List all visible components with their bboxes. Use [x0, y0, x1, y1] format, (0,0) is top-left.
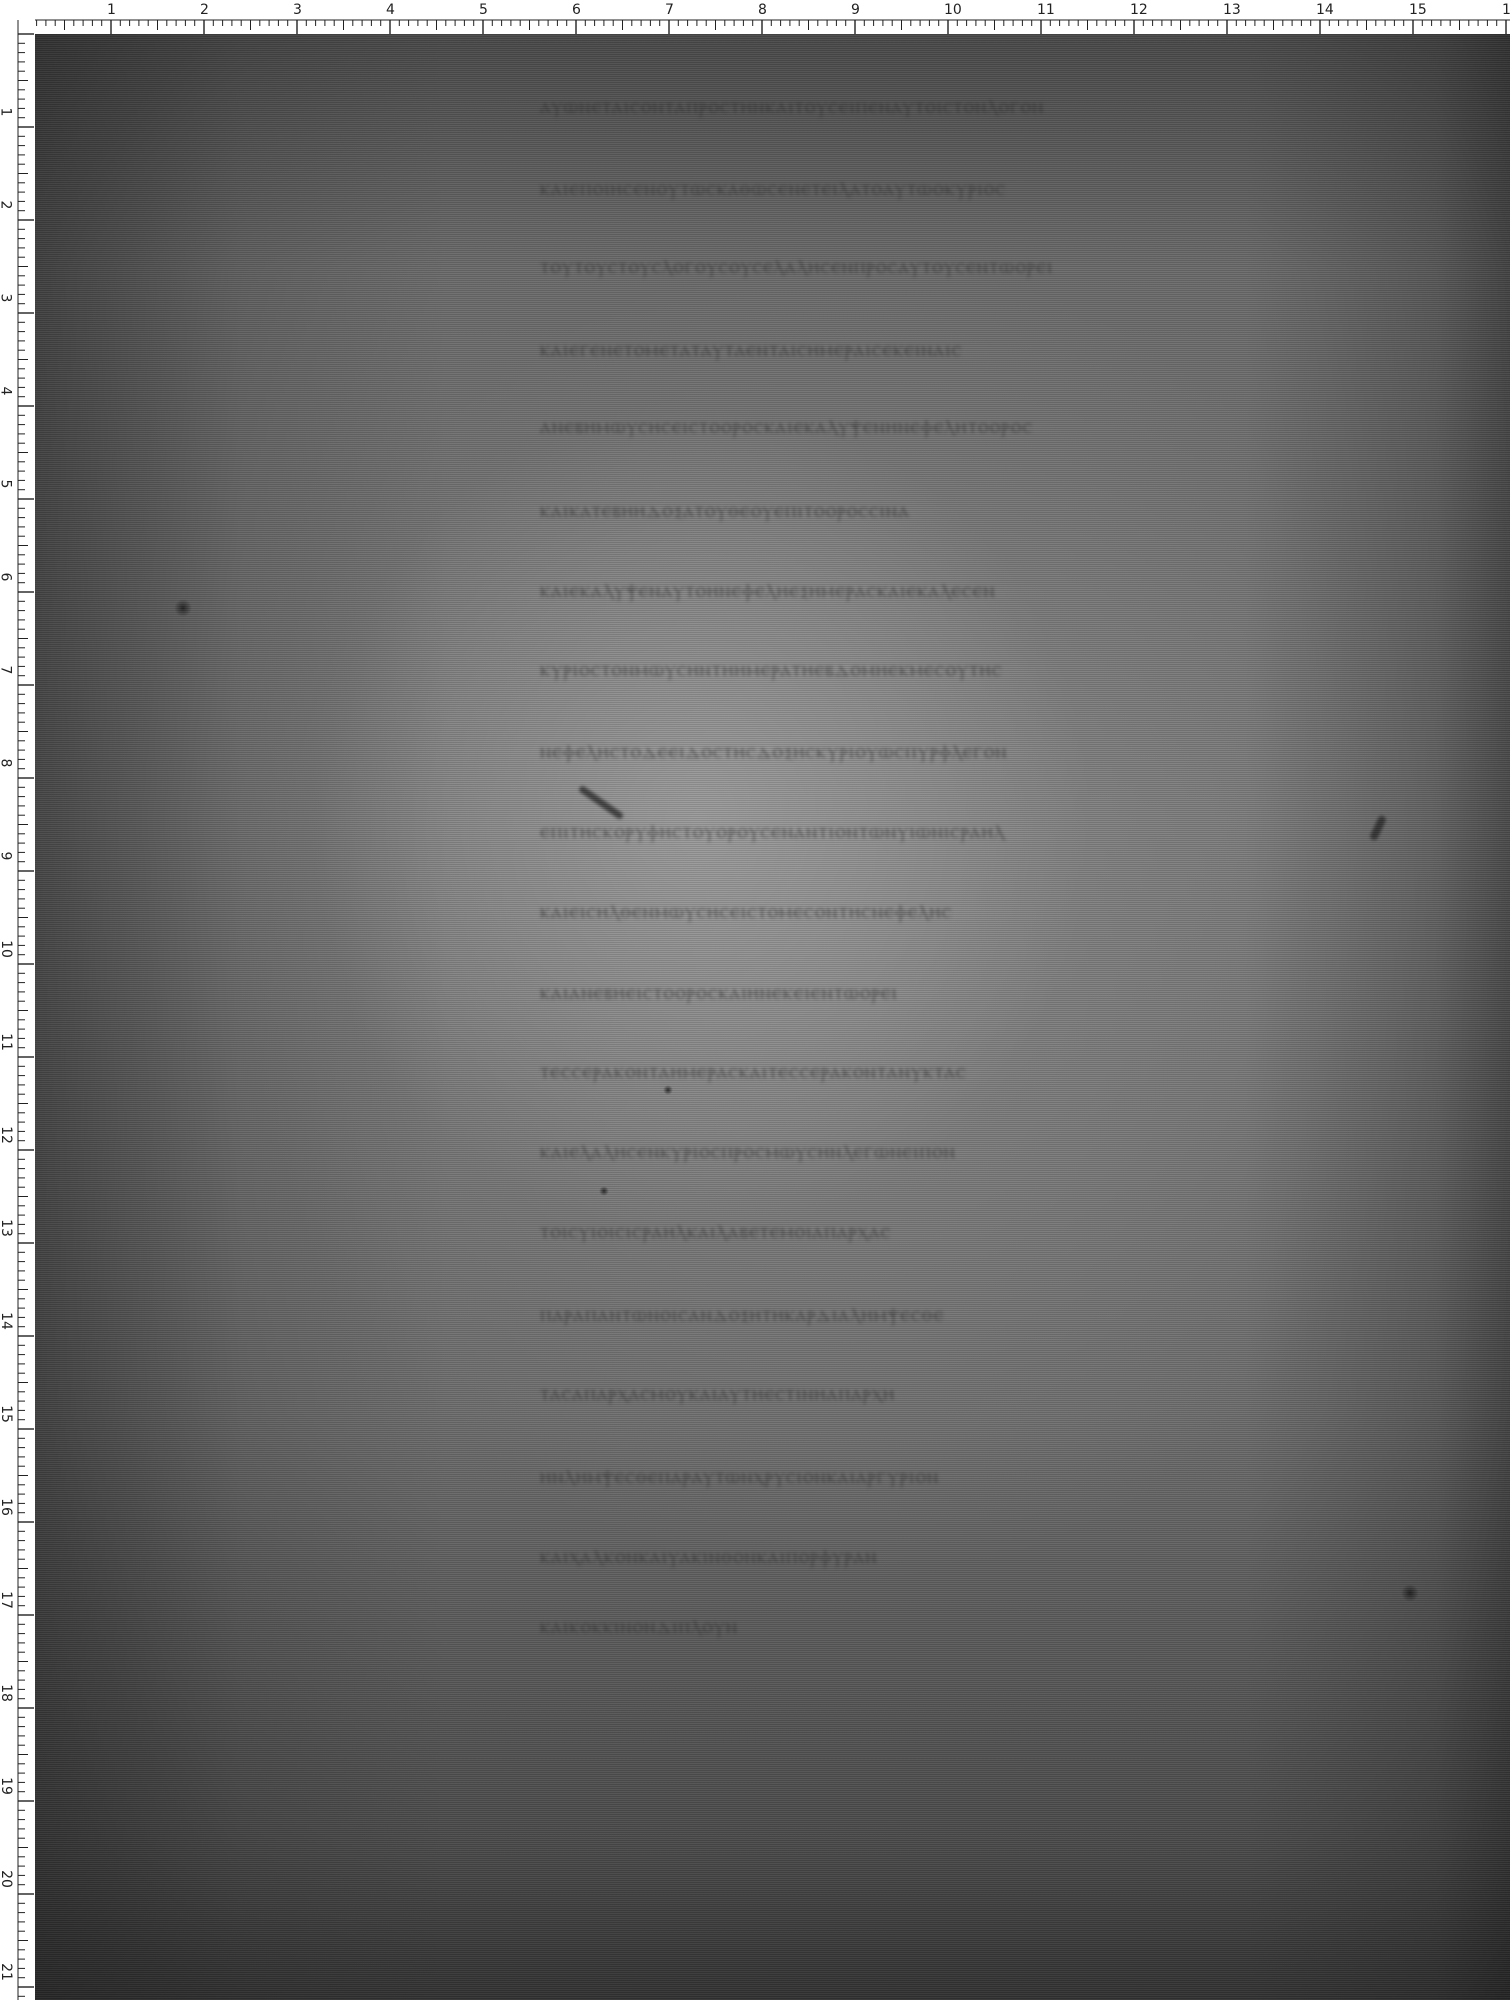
manuscript-line: ⲕⲁⲓⲭⲁⲗⲕⲟⲛⲕⲁⲓⲩⲁⲕⲓⲛⲑⲟⲛⲕⲁⲓⲡⲟⲣⲫⲩⲣⲁⲛ [540, 1544, 1510, 1570]
manuscript-line: ⲁⲩⲱⲛⲉⲧⲁⲓⲥⲟⲛⲧⲁⲡⲣⲟⲥⲧⲏⲛⲕⲁⲓⲧⲟⲩⲥⲉⲓⲡⲉⲛⲁⲩⲧⲟⲓⲥⲧⲟ… [540, 94, 1510, 120]
manuscript-line: ⲕⲁⲓⲉⲗⲁⲗⲏⲥⲉⲛⲕⲩⲣⲓⲟⲥⲡⲣⲟⲥⲙⲱⲩⲥⲏⲛⲗⲉⲅⲱⲛⲉⲓⲡⲟⲛ [540, 1139, 1510, 1165]
ruler-left-label: 6 [0, 573, 12, 582]
manuscript-line: ⲕⲁⲓⲉⲅⲉⲛⲉⲧⲟⲙⲉⲧⲁⲧⲁⲩⲧⲁⲉⲛⲧⲁⲓⲥⲏⲙⲉⲣⲁⲓⲥⲉⲕⲉⲓⲛⲁⲓⲥ [540, 337, 1510, 363]
ruler-left: 123456789101112131415161718192021 [0, 0, 35, 2000]
ruler-top-label: 15 [1409, 3, 1427, 17]
ruler-left-label: 21 [0, 1963, 13, 1981]
manuscript-line: ⲧⲉⲥⲥⲉⲣⲁⲕⲟⲛⲧⲁⲏⲙⲉⲣⲁⲥⲕⲁⲓⲧⲉⲥⲥⲉⲣⲁⲕⲟⲛⲧⲁⲛⲩⲕⲧⲁⲥ [540, 1059, 1510, 1085]
ruler-left-label: 8 [0, 759, 12, 768]
ruler-top-label: 7 [665, 3, 674, 17]
ruler-top-label: 14 [1316, 3, 1334, 17]
ink-blot [663, 1085, 673, 1095]
manuscript-line: ⲕⲁⲓⲕⲟⲕⲕⲓⲛⲟⲛⲇⲓⲡⲗⲟⲩⲛ [540, 1614, 1510, 1640]
ruler-left-label: 4 [0, 387, 12, 396]
ruler-top-label: 1 [1502, 3, 1510, 17]
ruler-top-label: 6 [572, 3, 581, 17]
ruler-top-label: 11 [1037, 3, 1055, 17]
ink-blot [1401, 1584, 1419, 1602]
ruler-left-label: 11 [0, 1033, 13, 1051]
ruler-top-label: 10 [944, 3, 962, 17]
ruler-left-label: 16 [0, 1498, 13, 1516]
ruler-left-label: 20 [0, 1870, 13, 1888]
ink-blot [174, 599, 192, 617]
ruler-left-label: 2 [0, 201, 12, 210]
ruler-left-label: 15 [0, 1405, 13, 1423]
ruler-top-label: 12 [1130, 3, 1148, 17]
manuscript-line: ⲕⲁⲓⲕⲁⲧⲉⲃⲏⲏⲇⲟⲝⲁⲧⲟⲩⲑⲉⲟⲩⲉⲡⲓⲧⲟⲟⲣⲟⲥⲥⲓⲛⲁ [540, 498, 1510, 524]
ruler-left-label: 18 [0, 1684, 13, 1702]
manuscript-line: ⲁⲛⲉⲃⲏⲙⲱⲩⲥⲏⲥⲉⲓⲥⲧⲟⲟⲣⲟⲥⲕⲁⲓⲉⲕⲁⲗⲩⲯⲉⲛⲏⲛⲉⲫⲉⲗⲏⲧⲟ… [540, 414, 1510, 440]
manuscript-line: ⲡⲁⲣⲁⲡⲁⲛⲧⲱⲛⲟⲓⲥⲁⲛⲇⲟⲝⲏⲧⲏⲕⲁⲣⲇⲓⲁⲗⲏⲙⲯⲉⲥⲑⲉ [540, 1302, 1510, 1328]
ruler-left-label: 13 [0, 1219, 13, 1237]
manuscript-line: ⲕⲁⲓⲉⲓⲥⲏⲗⲑⲉⲛⲙⲱⲩⲥⲏⲥⲉⲓⲥⲧⲟⲙⲉⲥⲟⲛⲧⲏⲥⲛⲉⲫⲉⲗⲏⲥ [540, 899, 1510, 925]
ruler-left-label: 10 [0, 940, 13, 958]
ruler-left-label: 12 [0, 1126, 13, 1144]
ruler-top-label: 8 [758, 3, 767, 17]
manuscript-line: ⲕⲁⲓⲁⲛⲉⲃⲏⲉⲓⲥⲧⲟⲟⲣⲟⲥⲕⲁⲓⲏⲛⲉⲕⲉⲓⲉⲛⲧⲱⲟⲣⲉⲓ [540, 980, 1510, 1006]
manuscript-line: ⲉⲡⲓⲧⲏⲥⲕⲟⲣⲩⲫⲏⲥⲧⲟⲩⲟⲣⲟⲩⲥⲉⲛⲁⲛⲧⲓⲟⲛⲧⲱⲛⲩⲓⲱⲛⲓⲥⲣⲁ… [540, 819, 1510, 845]
ruler-left-label: 7 [0, 666, 12, 675]
manuscript-line: ⲏⲛⲗⲏⲙⲯⲉⲥⲑⲉⲡⲁⲣⲁⲩⲧⲱⲛⲭⲣⲩⲥⲓⲟⲛⲕⲁⲓⲁⲣⲅⲩⲣⲓⲟⲛ [540, 1464, 1510, 1490]
manuscript-line: ⲛⲉⲫⲉⲗⲏⲥⲧⲟⲇⲉⲉⲓⲇⲟⲥⲧⲏⲥⲇⲟⲝⲏⲥⲕⲩⲣⲓⲟⲩⲱⲥⲡⲩⲣⲫⲗⲉⲅⲟ… [540, 739, 1510, 765]
ruler-top-ticks [0, 0, 1510, 34]
manuscript-line: ⲕⲁⲓⲉⲕⲁⲗⲩⲯⲉⲛⲁⲩⲧⲟⲏⲛⲉⲫⲉⲗⲏⲉⲝⲏⲙⲉⲣⲁⲥⲕⲁⲓⲉⲕⲁⲗⲉⲥⲉ… [540, 578, 1510, 604]
ruler-top-label: 3 [293, 3, 302, 17]
manuscript-line: ⲕⲁⲓⲉⲡⲟⲓⲏⲥⲉⲛⲟⲩⲧⲱⲥⲕⲁⲑⲱⲥⲉⲛⲉⲧⲉⲓⲗⲁⲧⲟⲁⲩⲧⲱⲟⲕⲩⲣⲓ… [540, 176, 1510, 202]
ruler-left-label: 14 [0, 1312, 13, 1330]
ruler-top-label: 2 [200, 3, 209, 17]
ruler-top-label: 4 [386, 3, 395, 17]
ruler-top-label: 5 [479, 3, 488, 17]
ruler-left-label: 3 [0, 294, 12, 303]
manuscript-line: ⲧⲟⲓⲥⲩⲓⲟⲓⲥⲓⲥⲣⲁⲏⲗⲕⲁⲓⲗⲁⲃⲉⲧⲉⲙⲟⲓⲁⲡⲁⲣⲭⲁⲥ [540, 1219, 1510, 1245]
ruler-left-label: 17 [0, 1591, 13, 1609]
manuscript-line: ⲕⲩⲣⲓⲟⲥⲧⲟⲛⲙⲱⲩⲥⲏⲛⲧⲏⲏⲙⲉⲣⲁⲧⲏⲉⲃⲇⲟⲙⲏⲉⲕⲙⲉⲥⲟⲩⲧⲏⲥ [540, 657, 1510, 683]
manuscript-text-column: ⲁⲩⲱⲛⲉⲧⲁⲓⲥⲟⲛⲧⲁⲡⲣⲟⲥⲧⲏⲛⲕⲁⲓⲧⲟⲩⲥⲉⲓⲡⲉⲛⲁⲩⲧⲟⲓⲥⲧⲟ… [540, 54, 1510, 1454]
ink-blot [599, 1186, 609, 1196]
ruler-top: 01234567891011121314151 [0, 0, 1510, 34]
ruler-top-label: 13 [1223, 3, 1241, 17]
ruler-left-label: 5 [0, 480, 12, 489]
ruler-left-label: 9 [0, 852, 12, 861]
ruler-left-label: 1 [0, 108, 12, 117]
manuscript-line: ⲧⲁⲥⲁⲡⲁⲣⲭⲁⲥⲙⲟⲩⲕⲁⲓⲁⲩⲧⲏⲉⲥⲧⲓⲛⲏⲁⲡⲁⲣⲭⲏ [540, 1381, 1510, 1407]
ruler-left-label: 19 [0, 1777, 13, 1795]
manuscript-scan: ⲁⲩⲱⲛⲉⲧⲁⲓⲥⲟⲛⲧⲁⲡⲣⲟⲥⲧⲏⲛⲕⲁⲓⲧⲟⲩⲥⲉⲓⲡⲉⲛⲁⲩⲧⲟⲓⲥⲧⲟ… [35, 34, 1510, 2000]
manuscript-line: ⲧⲟⲩⲧⲟⲩⲥⲧⲟⲩⲥⲗⲟⲅⲟⲩⲥⲟⲩⲥⲉⲗⲁⲗⲏⲥⲉⲛⲡⲣⲟⲥⲁⲩⲧⲟⲩⲥⲉⲛ… [540, 254, 1510, 280]
ruler-top-label: 9 [851, 3, 860, 17]
ruler-top-label: 1 [107, 3, 116, 17]
